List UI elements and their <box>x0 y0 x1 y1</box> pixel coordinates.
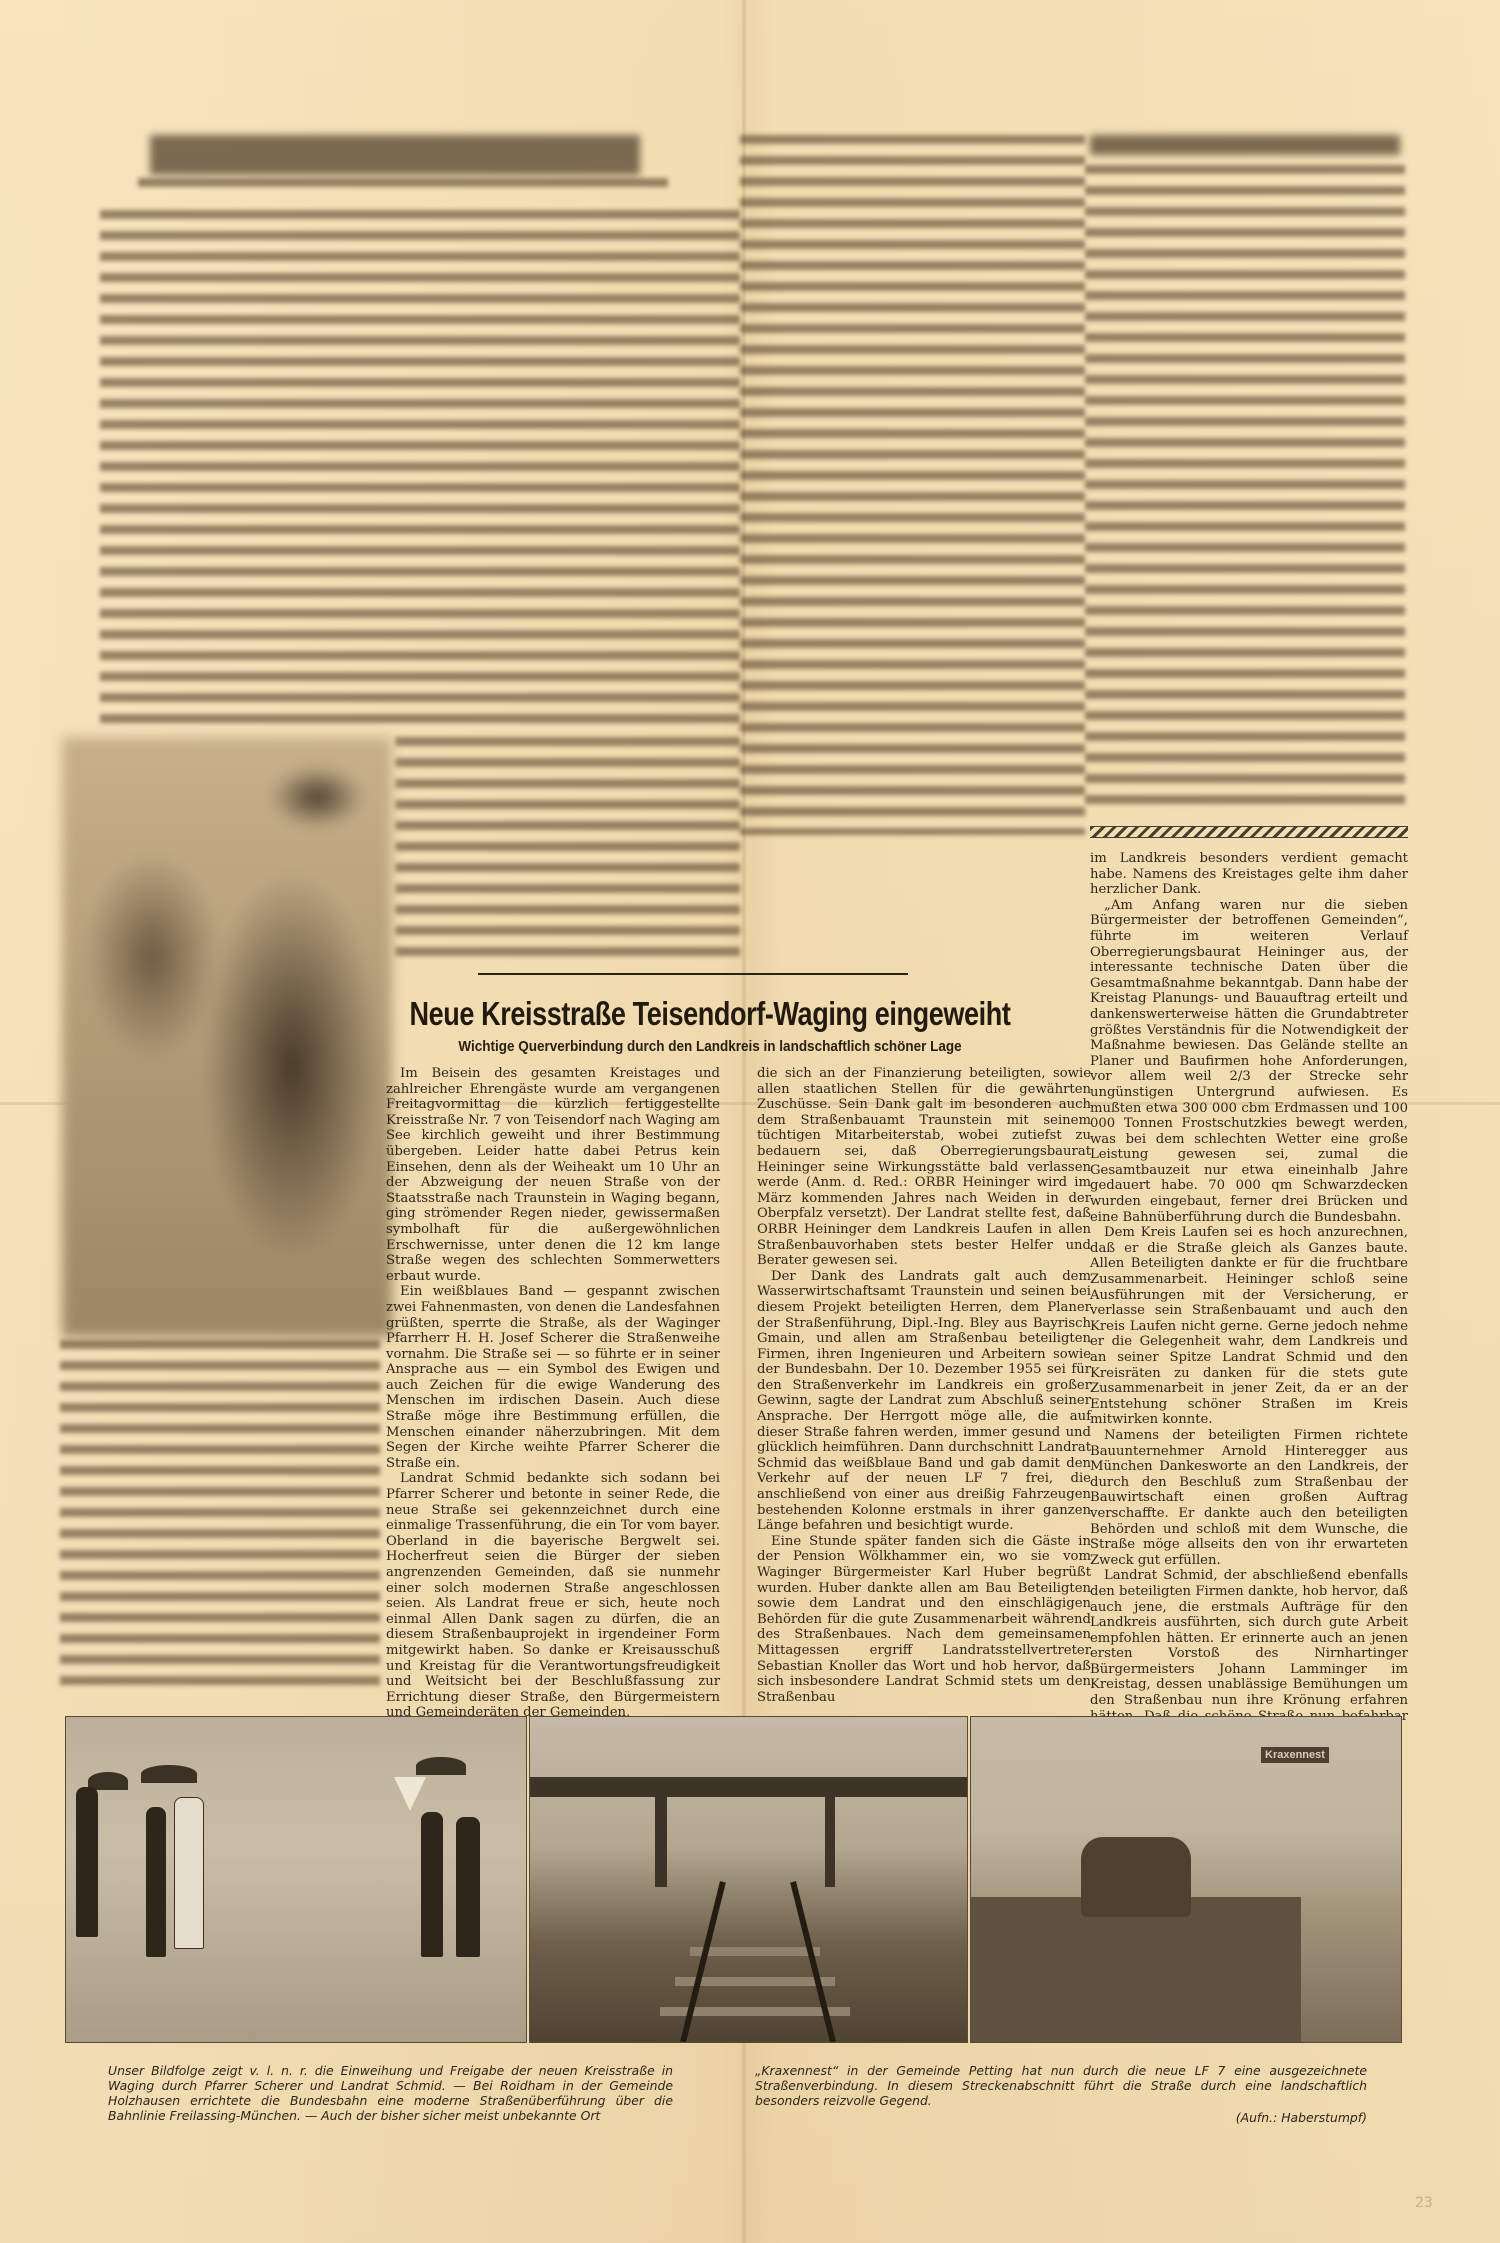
yield-sign-icon <box>394 1777 426 1811</box>
paragraph: Landrat Schmid, der abschließend ebenfal… <box>1090 1568 1408 1740</box>
umbrella-icon <box>141 1765 197 1783</box>
rail-sleeper <box>690 1947 820 1956</box>
paragraph: Ein weißblaues Band — gespannt zwischen … <box>386 1284 720 1471</box>
photo-railway-overpass <box>529 1716 968 2043</box>
blurred-photo <box>62 737 392 1337</box>
article-column-2: die sich an der Finanzierung beteiligten… <box>757 1066 1091 1705</box>
paragraph: die sich an der Finanzierung beteiligten… <box>757 1066 1091 1269</box>
blurred-subhead <box>138 178 668 192</box>
article-top-rule <box>478 973 908 975</box>
article-subheadline: Wichtige Querverbindung durch den Landkr… <box>377 1038 1043 1055</box>
priest-figure <box>174 1797 204 1949</box>
paragraph: Eine Stunde später fanden sich die Gäste… <box>757 1534 1091 1706</box>
overpass-pillar <box>655 1797 667 1887</box>
place-name-sign: Kraxennest <box>1261 1747 1329 1763</box>
article-headline: Neue Kreisstraße Teisendorf-Waging einge… <box>407 995 1014 1033</box>
blurred-text-block <box>395 737 740 957</box>
paragraph: Namens der beteiligten Firmen richtete B… <box>1090 1428 1408 1568</box>
person-figure <box>421 1812 443 1957</box>
car <box>1081 1837 1191 1917</box>
photo-credit: (Aufn.: Haberstumpf) <box>1236 2110 1367 2125</box>
blurred-text-block <box>100 210 740 730</box>
paragraph: im Landkreis besonders verdient gemacht … <box>1090 851 1408 898</box>
person-figure <box>76 1787 98 1937</box>
article-column-3: im Landkreis besonders verdient gemacht … <box>1090 851 1408 1740</box>
blurred-text-block <box>740 135 1085 835</box>
blurred-headline <box>1090 135 1400 155</box>
page-mark: 23 <box>1415 2195 1433 2211</box>
person-figure <box>456 1817 480 1957</box>
photo-caption-left: Unser Bildfolge zeigt v. l. n. r. die Ei… <box>108 2063 673 2123</box>
paragraph: Der Dank des Landrats galt auch dem Wass… <box>757 1269 1091 1534</box>
photo-consecration-ceremony <box>65 1716 527 2043</box>
article-column-1: Im Beisein des gesamten Kreistages und z… <box>386 1066 720 1721</box>
paragraph: „Am Anfang waren nur die sieben Bürgerme… <box>1090 898 1408 1225</box>
blurred-headline <box>150 135 640 175</box>
paragraph: Dem Kreis Laufen sei es hoch anzurechnen… <box>1090 1225 1408 1428</box>
umbrella-icon <box>416 1757 466 1775</box>
paragraph: Landrat Schmid bedankte sich sodann bei … <box>386 1471 720 1721</box>
overpass-deck <box>530 1777 967 1797</box>
rail <box>790 1881 836 2043</box>
overpass-pillar <box>825 1797 835 1887</box>
road <box>971 1897 1301 2042</box>
paragraph: Im Beisein des gesamten Kreistages und z… <box>386 1066 720 1284</box>
decorative-wave-rule <box>1090 826 1408 838</box>
blurred-text-block <box>60 1340 380 1685</box>
blurred-text-block <box>1085 165 1405 815</box>
photo-caption-right: „Kraxennest“ in der Gemeinde Petting hat… <box>755 2063 1367 2108</box>
rail <box>680 1881 726 2043</box>
person-figure <box>146 1807 166 1957</box>
photo-car-kraxennest: Kraxennest <box>970 1716 1402 2043</box>
